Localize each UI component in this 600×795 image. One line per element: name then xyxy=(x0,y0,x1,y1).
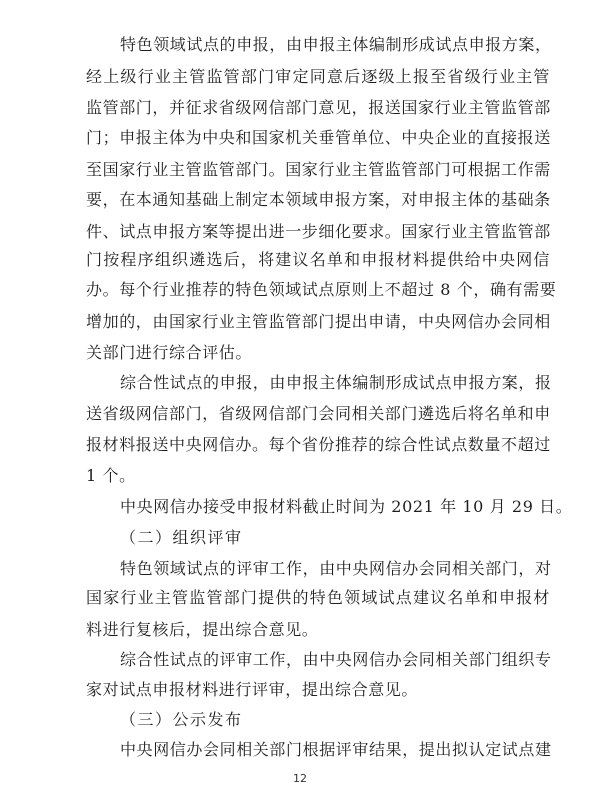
text-line: 办。每个行业推荐的特色领域试点原则上不超过 8 个，确有需要 xyxy=(86,278,550,302)
section-heading-review: （二）组织评审 xyxy=(120,526,243,550)
text-line: 中央网信办接受申报材料截止时间为 2021 年 10 月 29 日。 xyxy=(120,495,550,519)
text-line: 件、试点申报方案等提出进一步细化要求。国家行业主管监管部 xyxy=(86,220,550,244)
text-line: 特色领域试点的申报，由申报主体编制形成试点申报方案， xyxy=(120,33,550,57)
text-line: 国家行业主管监管部门提供的特色领域试点建议名单和申报材 xyxy=(86,586,550,610)
text-line: 综合性试点的评审工作，由中央网信办会同相关部门组织专 xyxy=(120,648,550,672)
section-heading-publication: （三）公示发布 xyxy=(120,708,243,732)
text-line: 门按程序组织遴选后，将建议名单和申报材料提供给中央网信 xyxy=(86,248,550,272)
text-line: 料进行复核后，提出综合意见。 xyxy=(86,618,550,642)
text-line: 增加的，由国家行业主管监管部门提出申请，中央网信办会同相 xyxy=(86,310,550,334)
text-line: 关部门进行综合评估。 xyxy=(86,341,550,365)
text-line: 经上级行业主管监管部门审定同意后逐级上报至省级行业主管 xyxy=(86,65,550,89)
text-line: 门；申报主体为中央和国家机关垂管单位、中央企业的直接报送 xyxy=(86,126,550,150)
text-line: 家对试点申报材料进行评审，提出综合意见。 xyxy=(86,678,550,702)
page-number: 12 xyxy=(0,772,600,785)
document-page: 特色领域试点的申报，由申报主体编制形成试点申报方案， 经上级行业主管监管部门审定… xyxy=(0,0,600,795)
text-line: 报材料报送中央网信办。每个省份推荐的综合性试点数量不超过 xyxy=(86,433,550,457)
text-line: 监管部门，并征求省级网信部门意见，报送国家行业主管监管部 xyxy=(86,96,550,120)
text-line: 送省级网信部门，省级网信部门会同相关部门遴选后将名单和申 xyxy=(86,402,550,426)
text-line: 中央网信办会同相关部门根据评审结果，提出拟认定试点建 xyxy=(120,738,550,762)
text-line: 综合性试点的申报，由申报主体编制形成试点申报方案，报 xyxy=(120,371,550,395)
text-line: 1 个。 xyxy=(86,464,550,488)
text-line: 要，在本通知基础上制定本领域申报方案，对申报主体的基础条 xyxy=(86,188,550,212)
text-line: 至国家行业主管监管部门。国家行业主管监管部门可根据工作需 xyxy=(86,158,550,182)
text-line: 特色领域试点的评审工作，由中央网信办会同相关部门，对 xyxy=(120,557,550,581)
